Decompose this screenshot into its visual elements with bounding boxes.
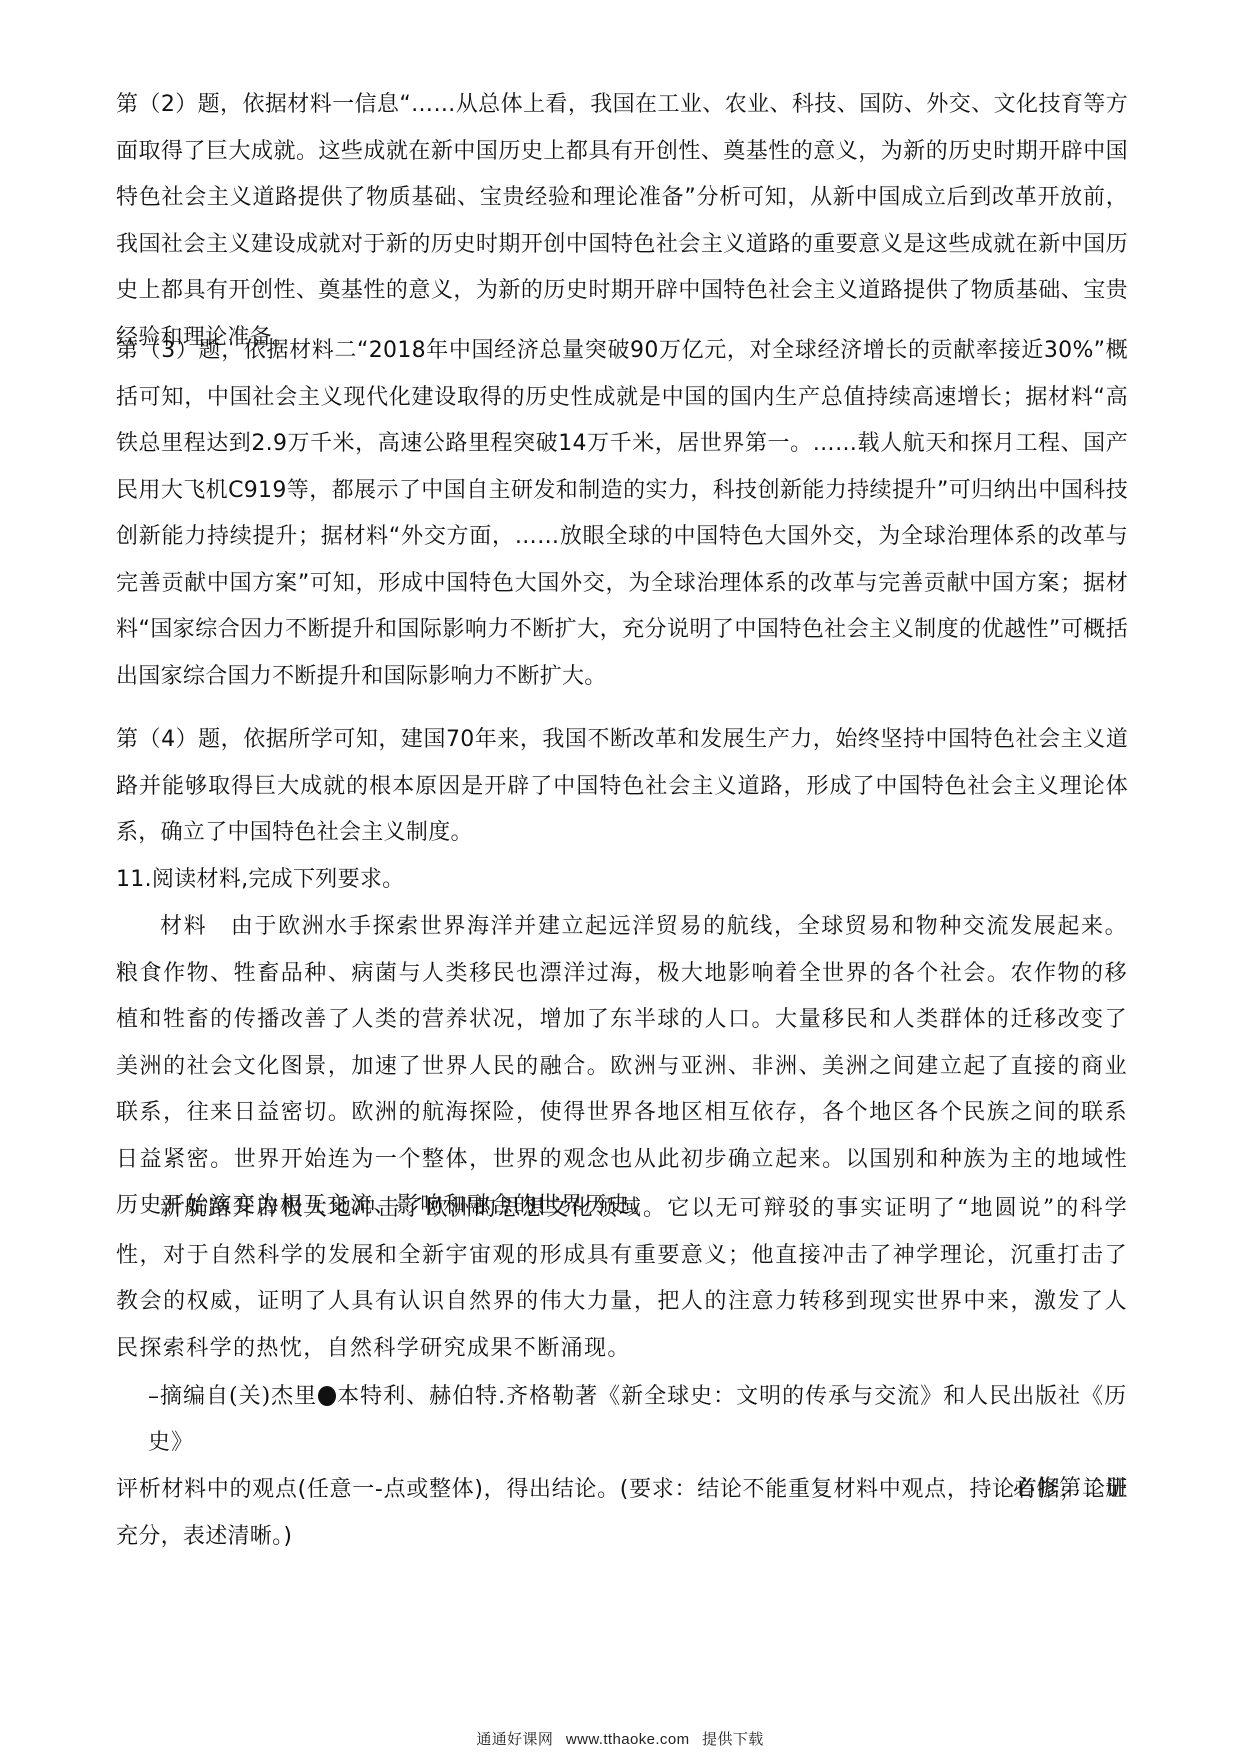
answer-question-2: 第（2）题，依据材料一信息“……从总体上看，我国在工业、农业、科技、国防、外交、…	[116, 82, 1128, 361]
footer-site-name: 通通好课网	[476, 1731, 553, 1748]
footer-provide-text: 提供下载	[702, 1731, 764, 1748]
source-line-1: –摘编自(关)杰里本特利、赫伯特.齐格勒著《新全球史：文明的传承与交流》和人民出…	[116, 1374, 1128, 1466]
question-requirement: 评析材料中的观点(任意一-点或整体)，得出结论。(要求：结论不能重复材料中观点，…	[116, 1467, 1128, 1560]
answer-question-4: 第（4）题，依据所学可知，建国70年来，我国不断改革和发展生产力，始终坚持中国特…	[116, 717, 1128, 857]
source-prefix: –摘编自(关)杰里	[148, 1384, 317, 1409]
question-11-title: 11.阅读材料,完成下列要求。	[116, 857, 1128, 904]
document-page: 第（2）题，依据材料一信息“……从总体上看，我国在工业、农业、科技、国防、外交、…	[0, 0, 1240, 1754]
footer-url[interactable]: www.tthaoke.com	[566, 1731, 690, 1748]
bullet-dot-icon	[318, 1386, 336, 1406]
answer-question-3: 第（3）题，依据材料二“2018年中国经济总量突破90万亿元，对全球经济增长的贡…	[116, 328, 1128, 700]
material-paragraph-2: 新航路开辟极大地冲击了欧洲的思想文化领域。它以无可辩驳的事实证明了“地圆说”的科…	[116, 1186, 1128, 1372]
material-paragraph-1: 材料 由于欧洲水手探索世界海洋并建立起远洋贸易的航线，全球贸易和物种交流发展起来…	[116, 904, 1128, 1230]
page-footer: 通通好课网 www.tthaoke.com 提供下载	[0, 1728, 1240, 1749]
